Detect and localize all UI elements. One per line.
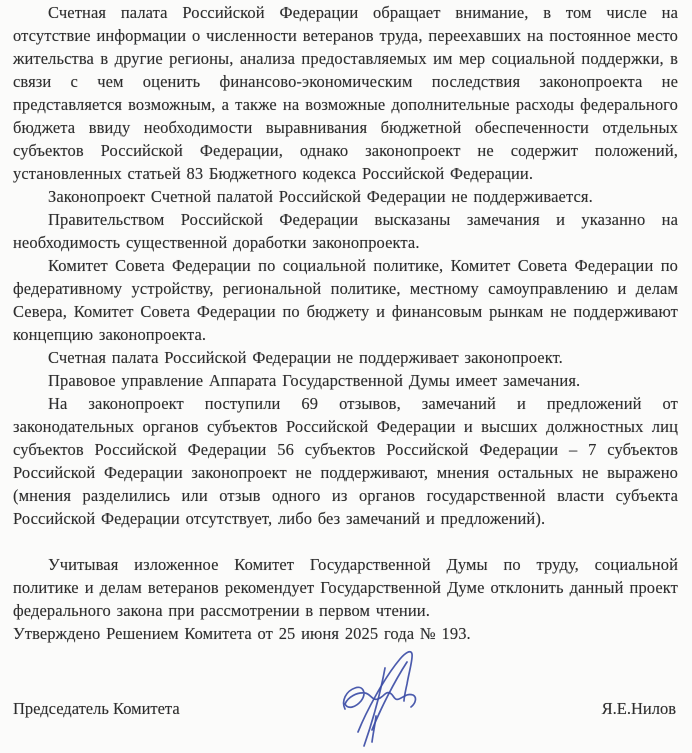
- body-paragraph: Счетная палата Российской Федерации обра…: [13, 1, 678, 185]
- approval-note: Утверждено Решением Комитета от 25 июня …: [13, 622, 678, 645]
- signature-row: Председатель Комитета Я.Е.Нилов: [13, 698, 676, 720]
- signatory-title: Председатель Комитета: [13, 698, 180, 720]
- signatory-name: Я.Е.Нилов: [602, 698, 676, 720]
- body-paragraph-resolution: Учитывая изложенное Комитет Государствен…: [13, 553, 678, 622]
- document-page: Счетная палата Российской Федерации обра…: [0, 0, 692, 753]
- body-paragraph: Правовое управление Аппарата Государстве…: [13, 369, 678, 392]
- body-paragraph: Законопроект Счетной палатой Российской …: [13, 185, 678, 208]
- body-paragraph: Счетная палата Российской Федерации не п…: [13, 346, 678, 369]
- body-paragraph: Комитет Совета Федерации по социальной п…: [13, 254, 678, 346]
- document-body: Счетная палата Российской Федерации обра…: [0, 0, 692, 645]
- body-paragraph: На законопроект поступили 69 отзывов, за…: [13, 392, 678, 530]
- body-paragraph: Правительством Российской Федерации выск…: [13, 208, 678, 254]
